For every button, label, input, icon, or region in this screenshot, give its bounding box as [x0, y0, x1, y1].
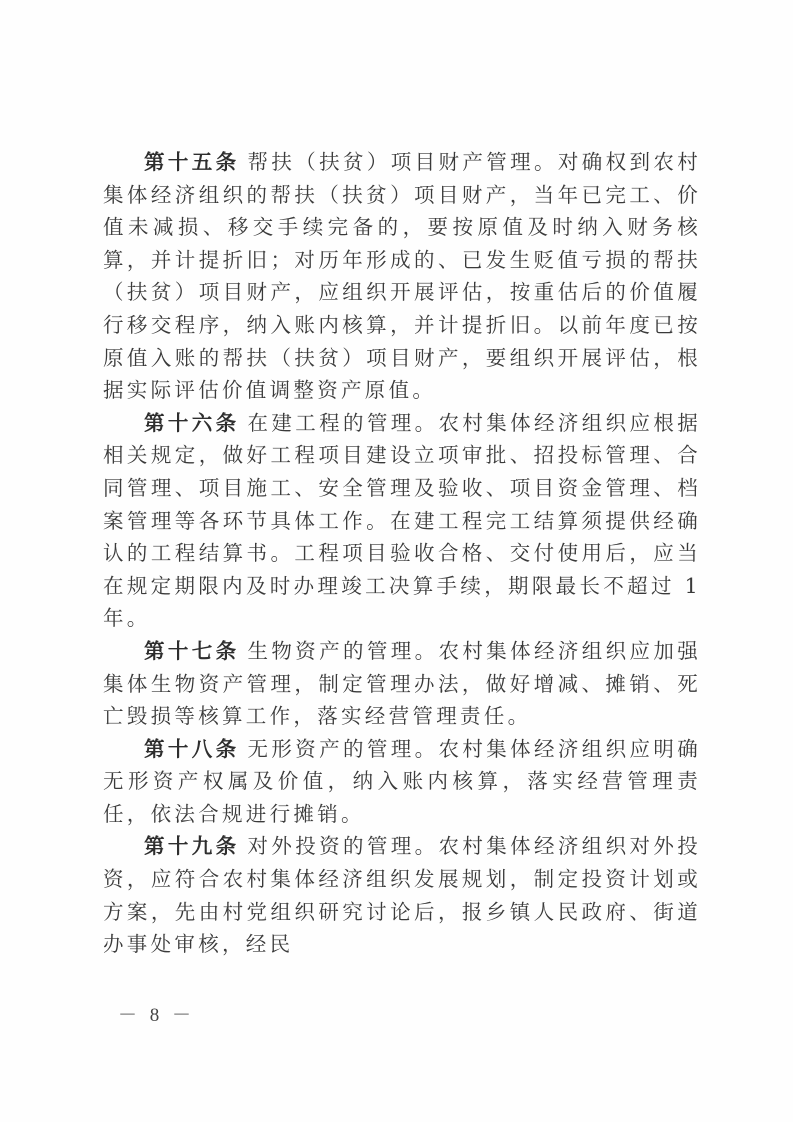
article-text: 帮扶（扶贫）项目财产管理。对确权到农村集体经济组织的帮扶（扶贫）项目财产，当年已… — [103, 150, 701, 402]
article-text: 在建工程的管理。农村集体经济组织应根据相关规定，做好工程项目建设立项审批、招投标… — [103, 411, 701, 631]
article-number: 第十五条 — [144, 150, 240, 174]
document-page: 第十五条帮扶（扶贫）项目财产管理。对确权到农村集体经济组织的帮扶（扶贫）项目财产… — [0, 0, 793, 1122]
page-number: － 8 － — [118, 1000, 195, 1027]
article-15: 第十五条帮扶（扶贫）项目财产管理。对确权到农村集体经济组织的帮扶（扶贫）项目财产… — [103, 146, 701, 407]
document-body: 第十五条帮扶（扶贫）项目财产管理。对确权到农村集体经济组织的帮扶（扶贫）项目财产… — [103, 146, 701, 961]
article-18: 第十八条无形资产的管理。农村集体经济组织应明确无形资产权属及价值，纳入账内核算，… — [103, 733, 701, 831]
article-number: 第十九条 — [144, 834, 240, 858]
article-number: 第十八条 — [144, 737, 240, 761]
article-19: 第十九条对外投资的管理。农村集体经济组织对外投资，应符合农村集体经济组织发展规划… — [103, 830, 701, 960]
article-number: 第十六条 — [144, 411, 240, 435]
article-number: 第十七条 — [144, 639, 240, 663]
article-16: 第十六条在建工程的管理。农村集体经济组织应根据相关规定，做好工程项目建设立项审批… — [103, 407, 701, 635]
article-17: 第十七条生物资产的管理。农村集体经济组织应加强集体生物资产管理，制定管理办法，做… — [103, 635, 701, 733]
